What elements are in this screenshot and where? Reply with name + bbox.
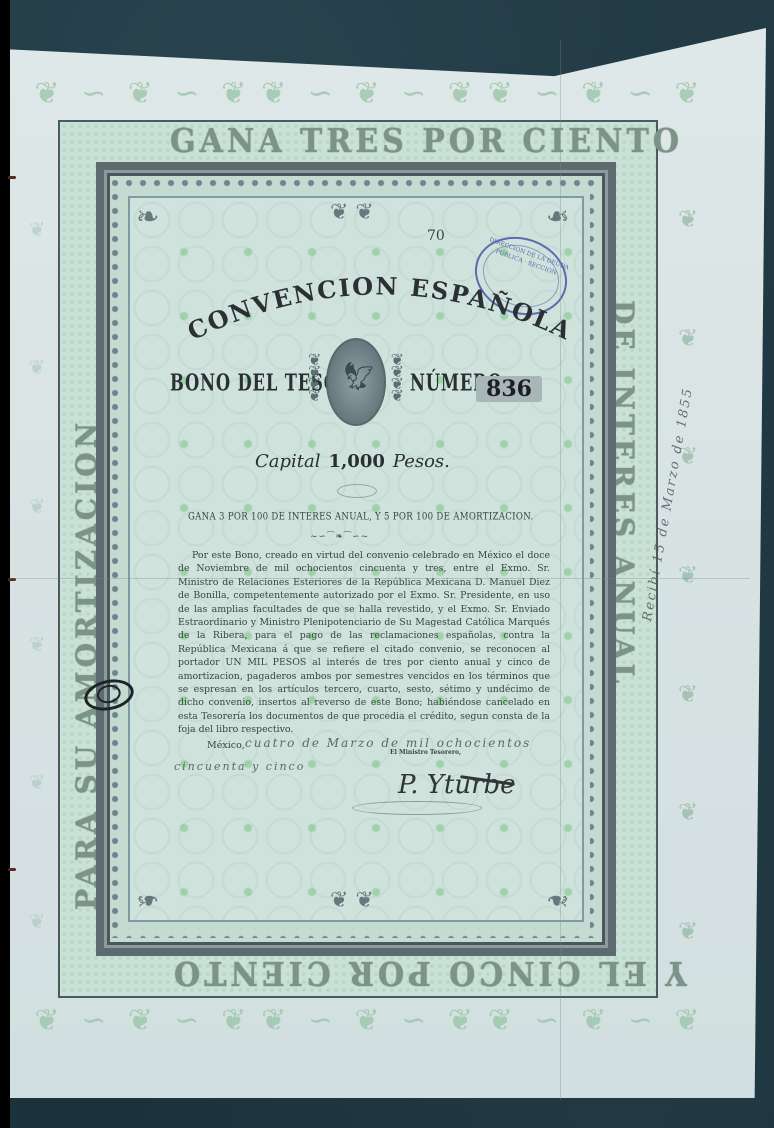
handwritten-date-line-1: cuatro de Marzo de mil ochocientos — [245, 736, 531, 750]
top-center-scroll-icon: ❦ ❦ — [330, 200, 374, 225]
laurel-wreath-right-icon: ❦❦❦❦ — [382, 354, 404, 424]
serial-small-number: 70 — [427, 228, 445, 244]
band-top-text: GANA TRES POR CIENTO — [170, 122, 683, 161]
corner-scroll-icon: ❧ — [136, 884, 159, 917]
bottom-center-scroll-icon: ❦ ❦ — [330, 888, 374, 913]
small-ornament-icon — [337, 484, 377, 498]
capital-currency: Pesos. — [393, 451, 450, 472]
bond-title: CONVENCION ESPAÑOLA — [190, 262, 570, 342]
binder-hole — [8, 176, 16, 179]
minister-label: El Ministro Tesorero, — [390, 749, 461, 756]
corner-scroll-icon: ❧ — [136, 200, 159, 233]
eagle-icon: 🦅︎ — [341, 360, 377, 393]
mexican-eagle-seal: ❦❦❦❦ 🦅︎ ❦❦❦❦ — [304, 334, 408, 434]
flourish-divider: ~∽⁀❧⁀∽~ — [310, 532, 369, 542]
bond-number: 836 — [476, 376, 542, 402]
right-scroll-ornaments: ❦❦❦❦❦❦❦ — [668, 160, 708, 990]
left-scroll-ornaments: ❦❦❦❦❦❦ — [22, 160, 52, 990]
capital-label: Capital — [255, 451, 321, 472]
bottom-scroll-ornament: ❦ ∽ ❦ ∽ ❦ ❦ ∽ ❦ ∽ ❦ ❦ ∽ ❦ ∽ ❦ — [30, 995, 710, 1045]
paper-fold-vertical — [560, 40, 561, 1100]
interest-terms: GANA 3 POR 100 DE INTERES ANUAL, Y 5 POR… — [188, 511, 534, 523]
paper-fold-horizontal — [10, 578, 750, 579]
signature-flourish — [352, 801, 482, 815]
binder-hole — [8, 868, 16, 871]
left-black-edge — [0, 0, 10, 1128]
capital-line: Capital1,000Pesos. — [255, 451, 450, 472]
capital-amount: 1,000 — [329, 451, 385, 472]
handwritten-date-line-2: cincuenta y cinco — [174, 760, 305, 773]
band-bottom-text: Y EL CINCO POR CIENTO — [170, 953, 687, 992]
place-label: México, — [207, 740, 245, 751]
corner-scroll-icon: ❧ — [546, 200, 569, 233]
top-scroll-ornament: ❦ ∽ ❦ ∽ ❦ ❦ ∽ ❦ ∽ ❦ ❦ ∽ ❦ ∽ ❦ — [30, 68, 710, 118]
signature: P. Yturbe — [398, 770, 516, 800]
corner-scroll-icon: ❧ — [546, 884, 569, 917]
